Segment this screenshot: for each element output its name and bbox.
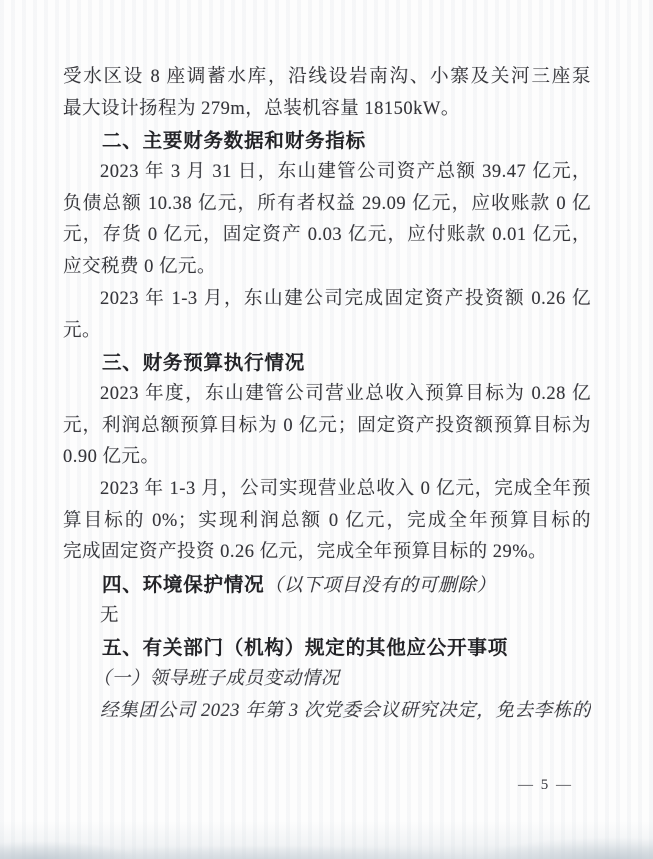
text-line: 2023 年 1-3 月，公司实现营业总收入 0 亿元，完成全年预 (63, 474, 591, 506)
text-line: 算目标的 0%；实现利润总额 0 亿元，完成全年预算目标的 0%； (63, 506, 591, 538)
section-heading: 四、环境保护情况（以下项目没有的可删除） (63, 569, 591, 601)
text-line: 元，存货 0 亿元，固定资产 0.03 亿元，应付账款 0.01 亿元， (63, 220, 591, 252)
text-line: 2023 年 3 月 31 日，东山建管公司资产总额 39.47 亿元， (63, 157, 591, 189)
text-line: 负债总额 10.38 亿元，所有者权益 29.09 亿元，应收账款 0 亿 (63, 189, 591, 221)
text-line: 应交税费 0 亿元。 (63, 252, 591, 284)
text-line: （一）领导班子成员变动情况 (63, 664, 591, 696)
heading-note: （以下项目没有的可删除） (264, 576, 496, 596)
text-line: 受水区设 8 座调蓄水库，沿线设岩南沟、小寨及关河三座泵站， (63, 62, 591, 94)
text-line: 元，利润总额预算目标为 0 亿元；固定资产投资额预算目标为 (63, 411, 591, 443)
text-line: 完成固定资产投资 0.26 亿元，完成全年预算目标的 29%。 (63, 537, 591, 569)
text-line: 0.90 亿元。 (63, 442, 591, 474)
text-line: 无 (63, 601, 591, 633)
document-page: 受水区设 8 座调蓄水库，沿线设岩南沟、小寨及关河三座泵站，最大设计扬程为 27… (0, 0, 653, 859)
section-heading: 五、有关部门（机构）规定的其他应公开事项 (63, 632, 591, 664)
text-line: 2023 年 1-3 月，东山建公司完成固定资产投资额 0.26 亿 (63, 284, 591, 316)
text-line: 元。 (63, 316, 591, 348)
section-heading: 二、主要财务数据和财务指标 (63, 125, 591, 157)
scan-edge-shadow (0, 821, 653, 859)
page-number: — 5 — (518, 777, 573, 794)
document-body: 受水区设 8 座调蓄水库，沿线设岩南沟、小寨及关河三座泵站，最大设计扬程为 27… (63, 62, 591, 727)
section-heading: 三、财务预算执行情况 (63, 347, 591, 379)
text-line: 最大设计扬程为 279m，总装机容量 18150kW。 (63, 94, 591, 126)
text-line: 经集团公司 2023 年第 3 次党委会议研究决定，免去李栋的 (63, 696, 591, 728)
text-line: 2023 年度，东山建管公司营业总收入预算目标为 0.28 亿 (63, 379, 591, 411)
